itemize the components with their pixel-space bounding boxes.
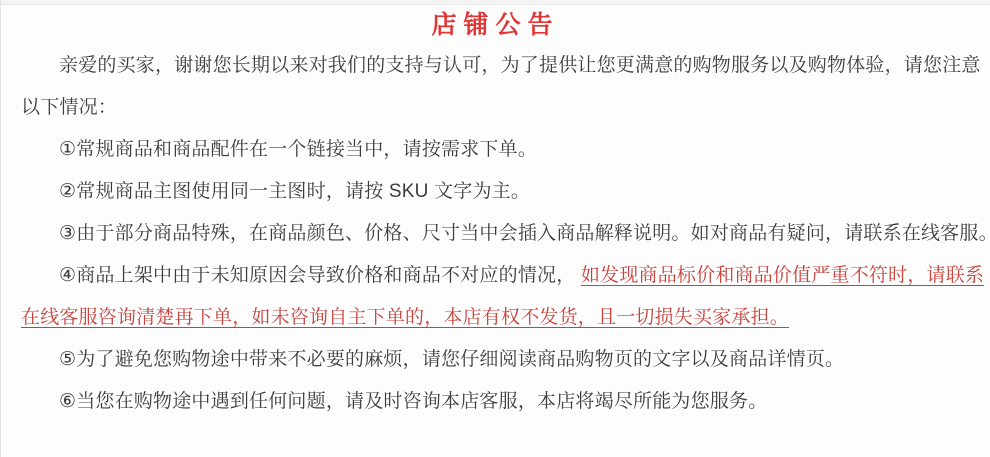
intro-line-2: 以下情况： bbox=[21, 87, 978, 129]
notice-item-5: ⑤为了避免您购物途中带来不必要的麻烦，请您仔细阅读商品购物页的文字以及商品详情页… bbox=[21, 339, 978, 381]
notice-item-4-warning-segment: 如发现商品标价和商品价值严重不符时，请联系 bbox=[581, 265, 984, 286]
announcement-body: 亲爱的买家，谢谢您长期以来对我们的支持与认可，为了提供让您更满意的购物服务以及购… bbox=[1, 45, 990, 423]
notice-item-4-black-segment: ④商品上架中由于未知原因会导致价格和商品不对应的情况， bbox=[59, 265, 575, 286]
notice-item-4-line-2: 在线客服咨询清楚再下单，如未咨询自主下单的，本店有权不发货，且一切损失买家承担。 bbox=[21, 297, 978, 339]
announcement-title: 店铺公告 bbox=[1, 5, 990, 45]
store-announcement-page: 店铺公告 亲爱的买家，谢谢您长期以来对我们的支持与认可，为了提供让您更满意的购物… bbox=[0, 0, 990, 457]
intro-line-1: 亲爱的买家，谢谢您长期以来对我们的支持与认可，为了提供让您更满意的购物服务以及购… bbox=[21, 45, 978, 87]
notice-item-2: ②常规商品主图使用同一主图时，请按 SKU 文字为主。 bbox=[21, 171, 978, 213]
notice-item-4-line-1: ④商品上架中由于未知原因会导致价格和商品不对应的情况， 如发现商品标价和商品价值… bbox=[21, 255, 978, 297]
notice-item-3: ③由于部分商品特殊，在商品颜色、价格、尺寸当中会插入商品解释说明。如对商品有疑问… bbox=[21, 213, 978, 255]
notice-item-1: ①常规商品和商品配件在一个链接当中，请按需求下单。 bbox=[21, 129, 978, 171]
notice-item-6: ⑥当您在购物途中遇到任何问题，请及时咨询本店客服，本店将竭尽所能为您服务。 bbox=[21, 381, 978, 423]
